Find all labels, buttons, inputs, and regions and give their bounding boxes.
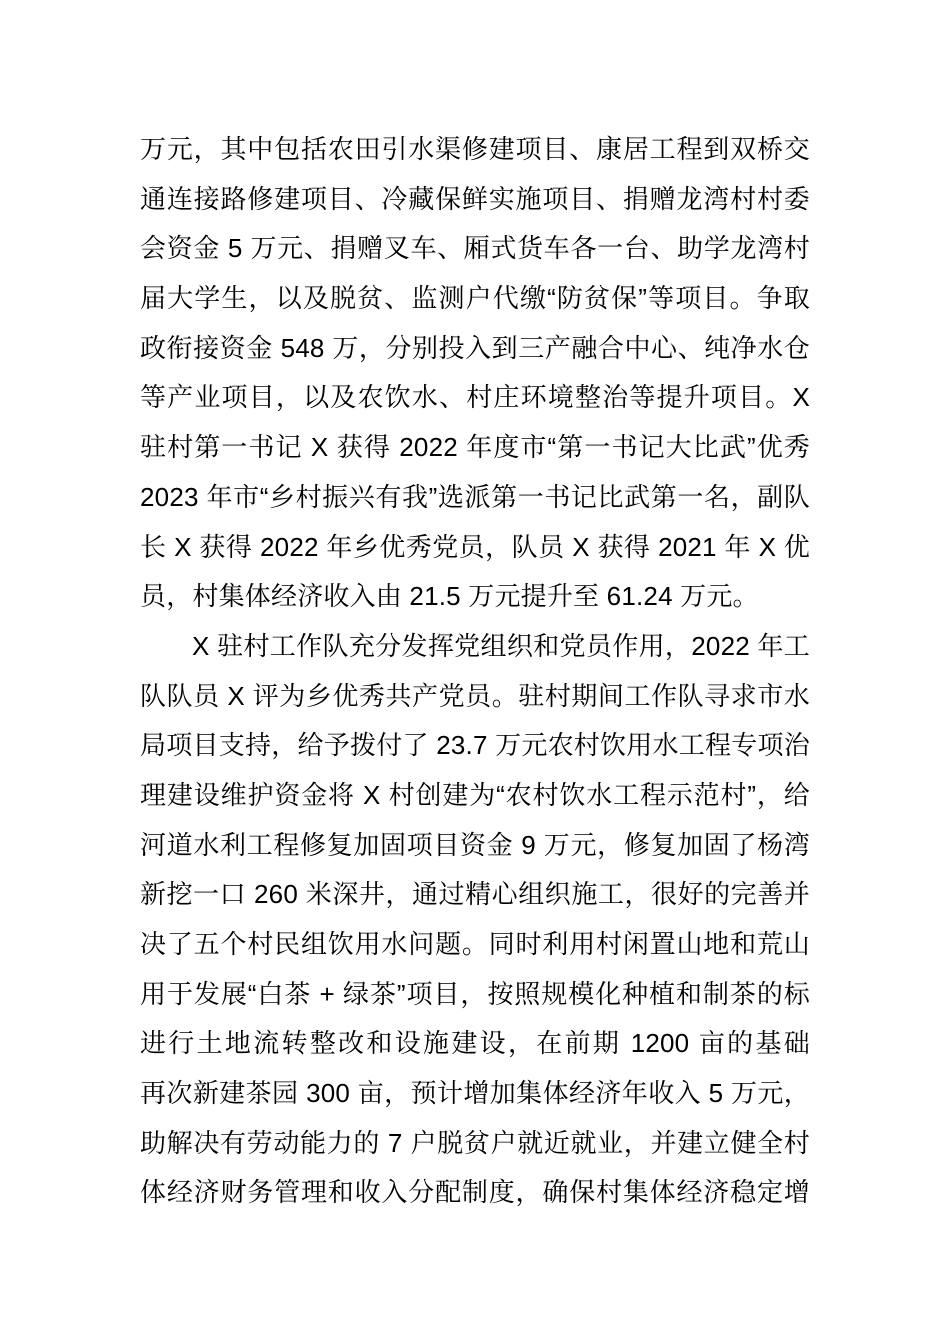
- text-line: 2023 年市“乡村振兴有我”选派第一书记比武第一名，副队: [140, 473, 810, 523]
- text-line: 会资金 5 万元、捐赠叉车、厢式货车各一台、助学龙湾村应: [140, 224, 810, 274]
- text-line: 再次新建茶园 300 亩，预计增加集体经济年收入 5 万元，帮: [140, 1069, 810, 1119]
- text-line: 局项目支持，给予拨付了 23.7 万元农村饮用水工程专项治: [140, 721, 810, 771]
- document-page: 万元，其中包括农田引水渠修建项目、康居工程到双桥交 通连接路修建项目、冷藏保鲜实…: [0, 0, 950, 1344]
- text-line: 进行土地流转整改和设施建设，在前期 1200 亩的基础上，: [140, 1019, 810, 1069]
- text-line: 等产业项目，以及农饮水、村庄环境整治等提升项目。X 村: [140, 373, 810, 423]
- text-line: 助解决有劳动能力的 7 户脱贫户就近就业，并建立健全村集: [140, 1119, 810, 1169]
- text-line: 政衔接资金 548 万，分别投入到三产融合中心、纯净水仓储: [140, 324, 810, 374]
- text-line: 河道水利工程修复加固项目资金 9 万元，修复加固了杨湾桥，: [140, 821, 810, 871]
- text-line: 体经济财务管理和收入分配制度，确保村集体经济稳定增: [140, 1168, 810, 1218]
- text-line: 届大学生，以及脱贫、监测户代缴“防贫保”等项目。争取财: [140, 274, 810, 324]
- text-line: 新挖一口 260 米深井，通过精心组织施工，很好的完善并解: [140, 870, 810, 920]
- text-line: 员，村集体经济收入由 21.5 万元提升至 61.24 万元。: [140, 572, 810, 622]
- text-line: 通连接路修建项目、冷藏保鲜实施项目、捐赠龙湾村村委: [140, 175, 810, 225]
- text-line: 理建设维护资金将 X 村创建为“农村饮水工程示范村”，给予: [140, 771, 810, 821]
- document-text-body: 万元，其中包括农田引水渠修建项目、康居工程到双桥交 通连接路修建项目、冷藏保鲜实…: [140, 125, 810, 1218]
- text-line: 队队员 X 评为乡优秀共产党员。驻村期间工作队寻求市水利: [140, 672, 810, 722]
- text-line: 长 X 获得 2022 年乡优秀党员，队员 X 获得 2021 年 X 优秀党: [140, 523, 810, 573]
- text-line: 用于发展“白茶 + 绿茶”项目，按照规模化种植和制茶的标准: [140, 970, 810, 1020]
- text-line: 决了五个村民组饮用水问题。同时利用村闲置山地和荒山: [140, 920, 810, 970]
- text-line: 万元，其中包括农田引水渠修建项目、康居工程到双桥交: [140, 125, 810, 175]
- text-line: X 驻村工作队充分发挥党组织和党员作用，2022 年工作: [140, 622, 810, 672]
- text-line: 驻村第一书记 X 获得 2022 年度市“第一书记大比武”优秀奖、: [140, 423, 810, 473]
